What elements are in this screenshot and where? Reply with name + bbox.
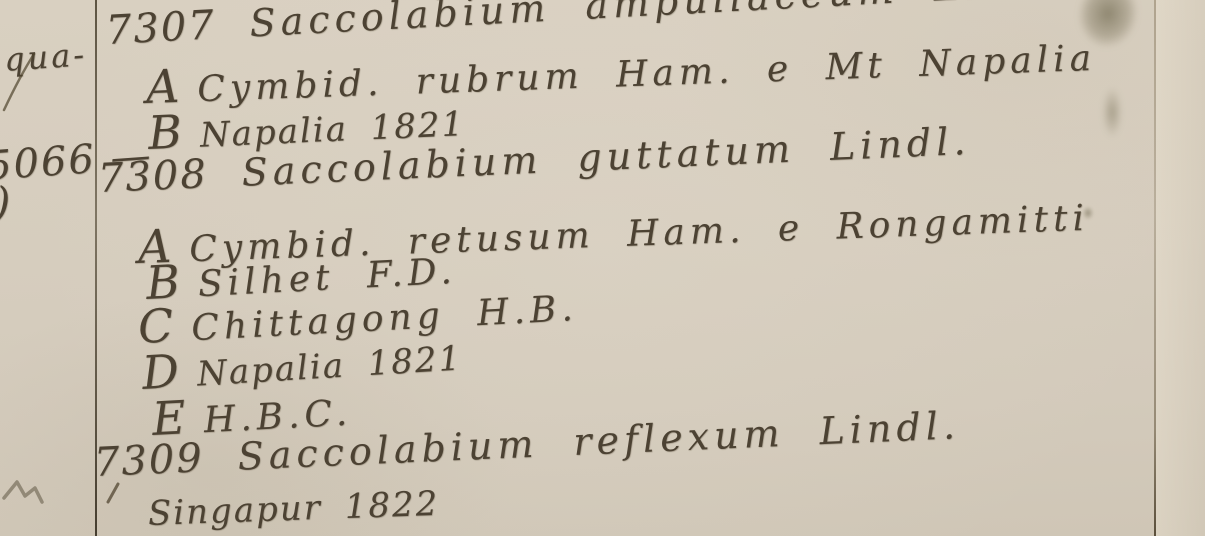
collection-note: Singapur 1822 — [147, 484, 440, 534]
entry-number: 7307 — [105, 2, 217, 54]
collection-line-7309: Singapur 1822 — [147, 484, 440, 534]
ledger-page: qua- 5066 — ) 7307 Saccolabium ampullace… — [0, 0, 1205, 536]
pencil-tick — [104, 482, 124, 506]
entry-number: 7308 — [97, 151, 209, 202]
page-edge-strip — [1156, 0, 1205, 536]
margin-note-paren: ) — [0, 178, 10, 227]
page-crease — [1154, 0, 1156, 536]
ink-smudge-tail — [1096, 78, 1132, 164]
margin-flourish-stroke — [0, 52, 46, 122]
pencil-mark — [2, 476, 52, 516]
entry-number: 7309 — [93, 435, 205, 486]
